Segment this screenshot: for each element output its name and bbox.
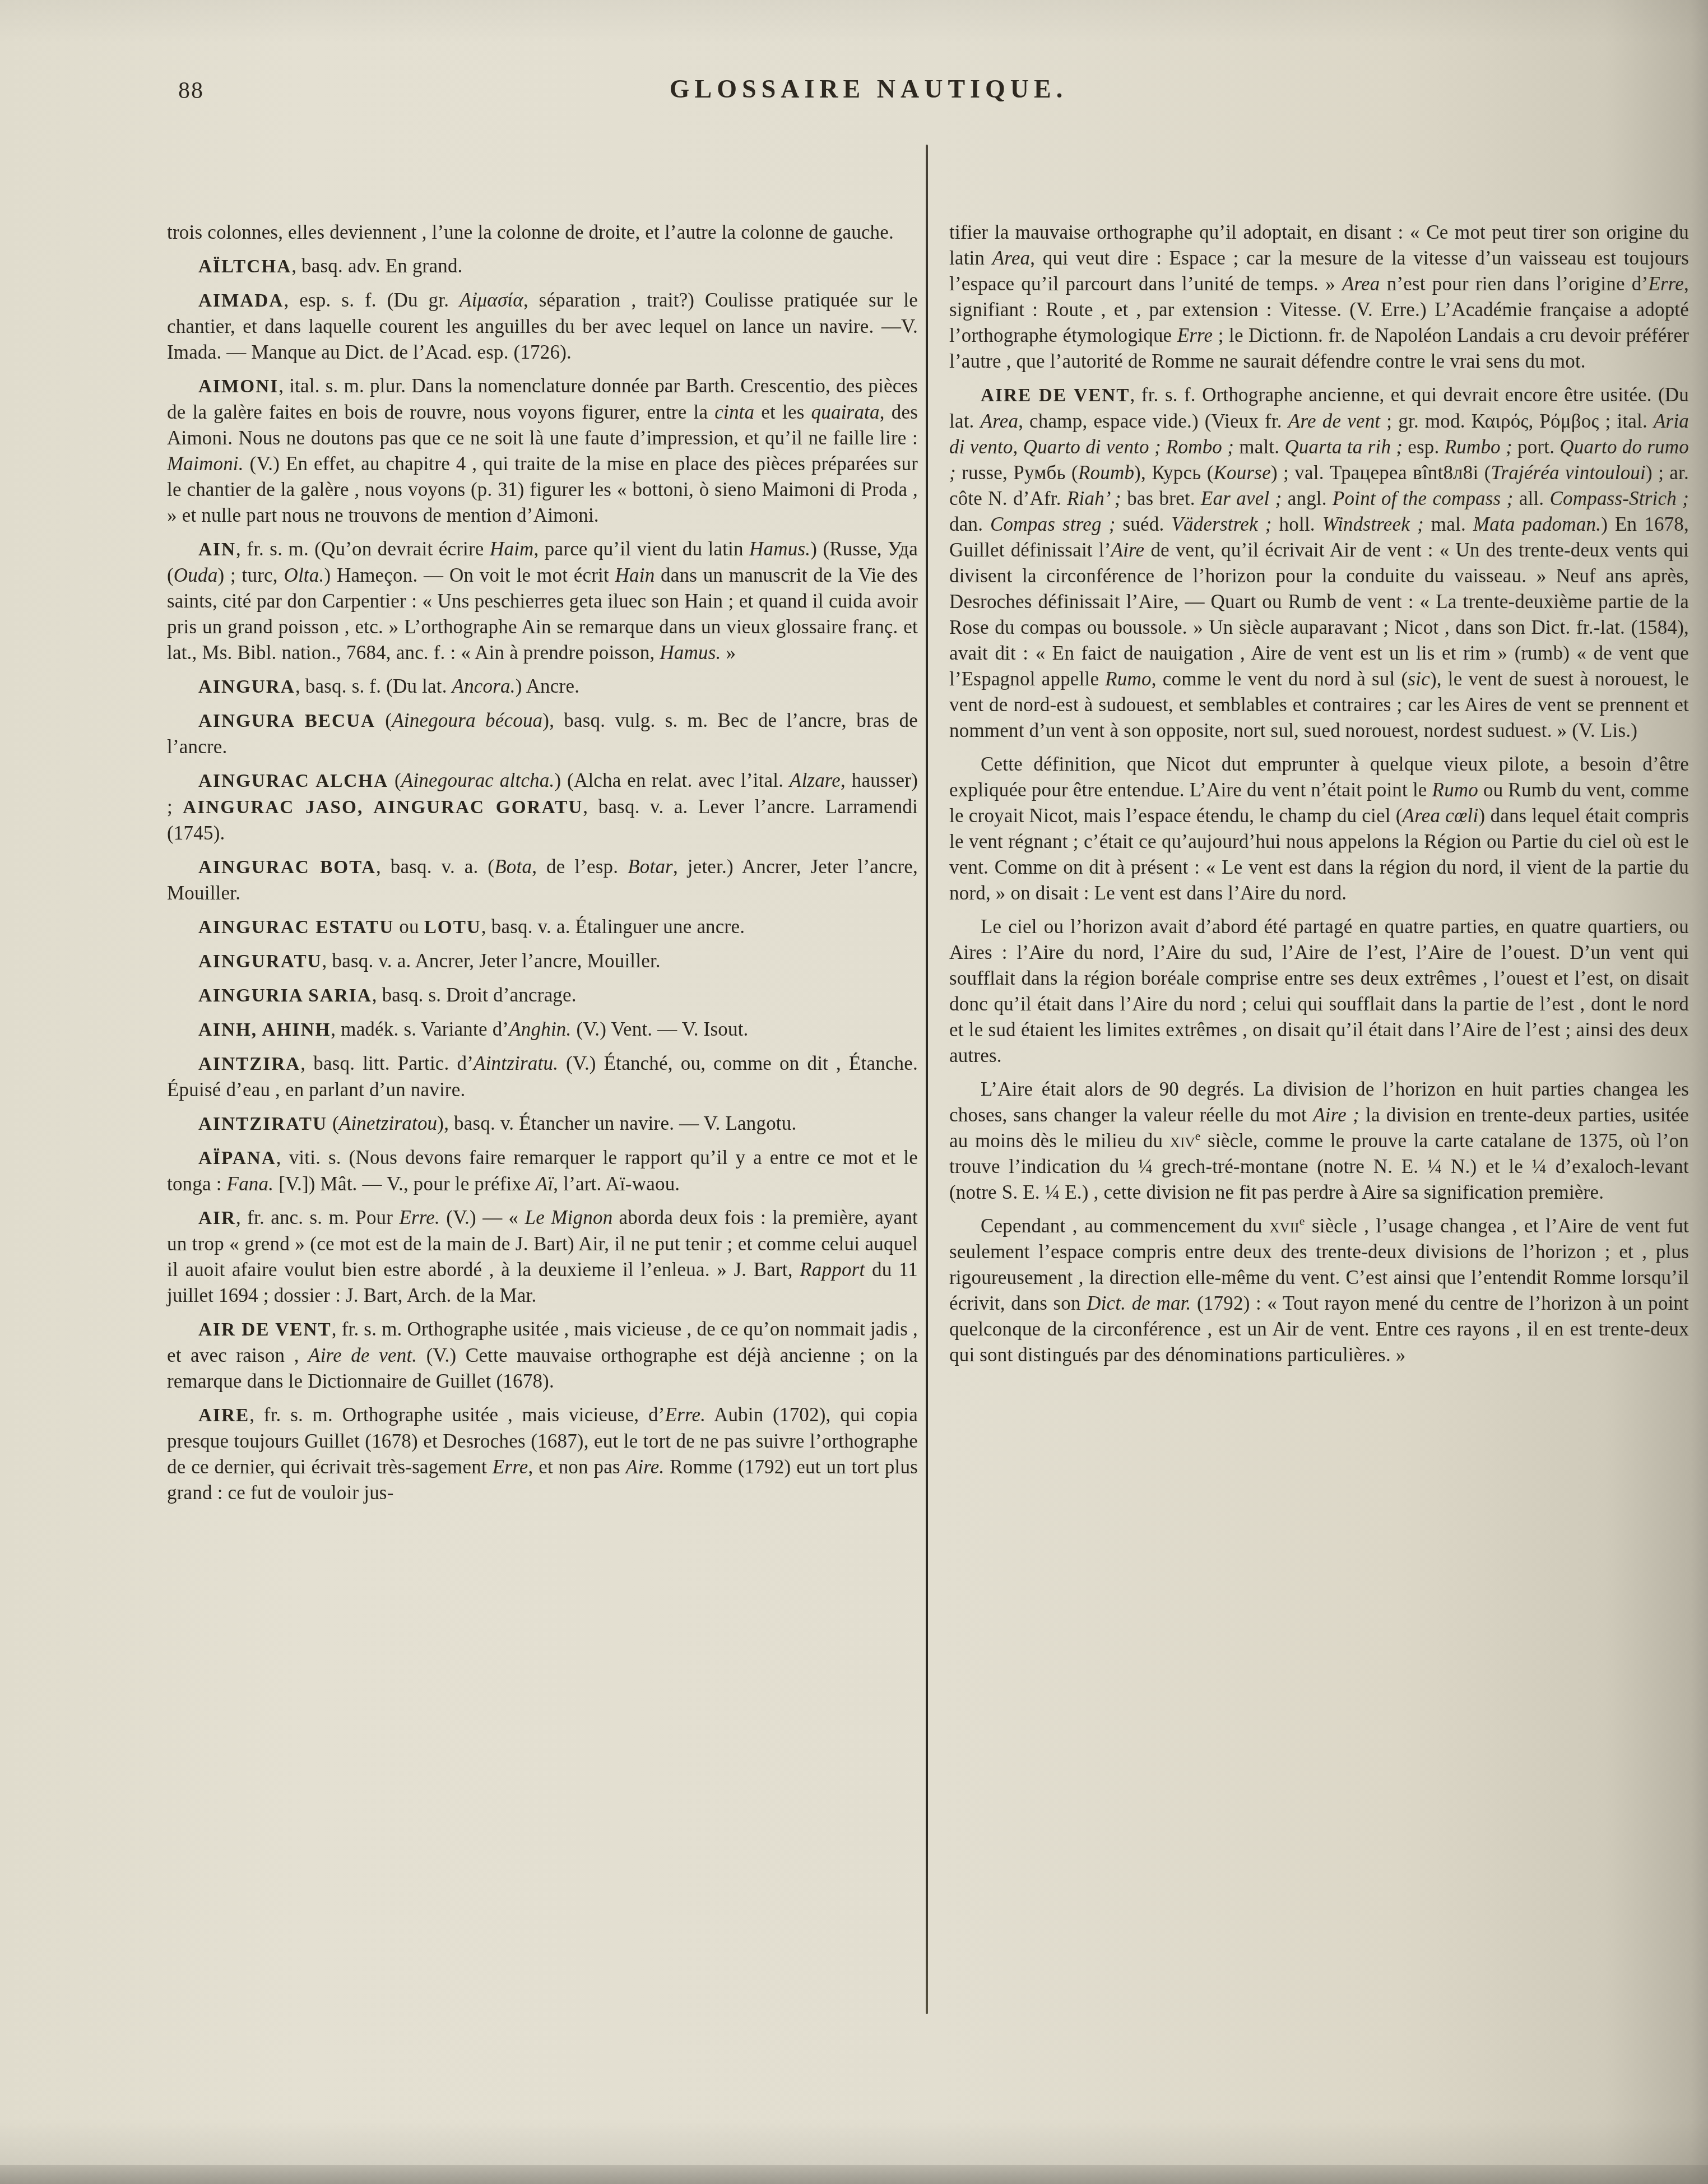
dictionary-entry: AIN, fr. s. m. (Qu’on devrait écrire Hai… [167,536,918,666]
text-segment: , basq. v. a. Ancrer, Jeter l’ancre, Mou… [322,950,661,972]
text-segment: , basq. s. Droit d’ancrage. [372,984,577,1006]
text-segment: Quarta ta rih ; [1284,436,1403,458]
text-segment: Ainegourac altcha. [401,769,555,791]
text-segment: (V.) En effet, au chapitre 4 , qui trait… [167,453,918,526]
text-segment: , l’art. Aï-waou. [553,1173,680,1195]
dictionary-entry: trois colonnes, elles deviennent , l’une… [167,220,918,245]
text-segment: ( [388,769,401,791]
text-segment: ) (Alcha en relat. avec l’ital. [554,769,789,791]
entry-headword: AINTZIRA [198,1054,300,1074]
text-segment: Rumo [1105,668,1151,690]
text-segment: ( [375,710,392,731]
text-segment: angl. [1282,488,1333,509]
entry-headword: AIR [198,1208,236,1228]
dictionary-entry: AIR DE VENT, fr. s. m. Orthographe usité… [167,1316,918,1394]
entry-headword: AINTZIRATU [198,1114,327,1134]
text-segment: Bota [494,856,532,878]
dictionary-entry: AINGURAC ESTATU ou LOTU, basq. v. a. Éta… [167,914,918,940]
page-number: 88 [178,77,204,104]
dictionary-entry: AINH, AHINH, madék. s. Variante d’Anghin… [167,1017,918,1043]
dictionary-entry: AÏPANA, viti. s. (Nous devons faire rema… [167,1145,918,1197]
dictionary-entry: AINTZIRA, basq. litt. Partic. d’Aintzira… [167,1051,918,1103]
text-segment: , parce qu’il vient du latin [534,538,750,560]
text-segment: Ouda [174,564,218,586]
text-segment: Anghin. [509,1018,571,1040]
text-segment: Mata padoman. [1473,513,1601,535]
dictionary-entry: L’Aire était alors de 90 degrés. La divi… [949,1077,1689,1205]
text-segment: Aire. [626,1456,665,1478]
text-segment: sic [1408,668,1429,690]
text-segment: Rapport [800,1259,865,1281]
text-segment: Are de vent [1288,410,1380,432]
text-segment: e [1195,1129,1201,1143]
text-segment: mal. [1424,513,1473,535]
entry-headword: AINGURA [198,676,295,697]
dictionary-entry: AINGURA, basq. s. f. (Du lat. Ancora.) A… [167,674,918,700]
text-segment: , champ, espace vide.) (Vieux fr. [1018,410,1288,432]
text-segment: Windstreek ; [1322,513,1424,535]
text-segment: , basq. s. f. (Du lat. [295,675,452,697]
column-divider-rule [926,145,928,2014]
dictionary-entry: tifier la mauvaise orthographe qu’il ado… [949,220,1689,374]
text-segment: xvii [1269,1215,1299,1237]
text-segment: Compas streg ; [990,513,1115,535]
text-segment: ou [394,916,424,938]
left-column: trois colonnes, elles deviennent , l’une… [167,220,918,1514]
entry-headword: AINGURAC ESTATU [198,917,394,938]
text-segment: suéd. [1116,513,1172,535]
text-segment: ) ; turc, [217,564,284,586]
dictionary-entry: AIMONI, ital. s. m. plur. Dans la nomenc… [167,373,918,528]
entry-headword: AIMADA [198,290,284,311]
text-segment: bas bret. [1121,488,1201,509]
text-segment: Rumo [1432,779,1478,801]
text-segment: , basq. v. a. ( [376,856,494,878]
entry-headword: AINGURAC JASO, AINGURAC GORATU [183,797,583,818]
text-segment: , basq. adv. En grand. [291,255,462,277]
text-segment: , fr. s. m. (Qu’on devrait écrire [236,538,490,560]
entry-headword: AINGURIA SARIA [198,985,372,1006]
text-segment: n’est pour rien dans l’origine d’ [1380,273,1649,295]
text-segment: Aire ; [1313,1104,1359,1126]
text-segment: Trajéréa vintouloui [1491,462,1646,484]
dictionary-entry: AÏLTCHA, basq. adv. En grand. [167,253,918,280]
text-segment: Aire [1111,539,1145,561]
entry-headword: AIRE [198,1405,249,1426]
text-segment: Olta. [284,564,324,586]
text-segment: Erre. [399,1207,440,1228]
text-segment: » [721,642,736,664]
text-segment: Point of the compass ; [1333,488,1514,509]
entry-headword: AINGURATU [198,951,322,972]
text-segment: , fr. anc. s. m. Pour [236,1207,399,1228]
text-segment: Area [1342,273,1380,295]
text-segment: ), basq. v. Étancher un navire. — V. Lan… [437,1112,796,1134]
text-segment: e [1299,1214,1305,1228]
text-segment: dan. [949,513,990,535]
text-segment: Erre. [665,1404,706,1426]
text-segment: de vent, qu’il écrivait Air de vent : « … [949,539,1689,690]
text-segment: Aintziratu. [474,1052,558,1074]
text-segment: , fr. s. m. Orthographe usitée , mais vi… [249,1404,665,1426]
text-segment: Erre [1648,273,1684,295]
text-segment: ) Hameçon. — On voit le mot écrit [324,564,615,586]
text-segment: Erre [493,1456,528,1478]
dictionary-entry: AINGURAC BOTA, basq. v. a. (Bota, de l’e… [167,854,918,906]
entry-headword: AIMONI [198,376,279,397]
entry-headword: AIR DE VENT [198,1319,332,1340]
text-segment: Aire de vent. [308,1344,417,1366]
text-segment: Maimoni. [167,453,244,475]
text-segment: Le ciel ou l’horizon avait d’abord été p… [949,916,1689,1067]
dictionary-entry: AIRE, fr. s. m. Orthographe usitée , mai… [167,1402,918,1506]
text-segment: Väderstrek ; [1171,513,1271,535]
text-segment: Hamus. [749,538,810,560]
entry-headword: AIRE DE VENT [981,385,1130,406]
entry-headword: AIN [198,539,236,560]
text-segment: Dict. de mar. [1087,1292,1191,1314]
text-segment: Kourse [1214,462,1271,484]
text-segment: Roumb [1078,462,1134,484]
dictionary-entry: AINTZIRATU (Ainetziratou), basq. v. Étan… [167,1111,918,1137]
text-segment: Aï [536,1173,554,1195]
right-column: tifier la mauvaise orthographe qu’il ado… [949,220,1689,1376]
text-segment: Botar [628,856,673,878]
text-segment: Ancora. [452,675,516,697]
text-segment: (V.) Vent. — V. Isout. [571,1018,748,1040]
dictionary-entry: Cependant , au commencement du xviie siè… [949,1213,1689,1368]
dictionary-entry: AIR, fr. anc. s. m. Pour Erre. (V.) — « … [167,1205,918,1309]
text-segment: et les [754,401,811,423]
text-segment: Rumbo ; [1445,436,1512,458]
text-segment: (V.) — « [440,1207,525,1228]
text-segment: Alzare [790,769,841,791]
dictionary-entry: AINGURAC ALCHA (Ainegourac altcha.) (Alc… [167,768,918,846]
text-segment: Αἰμασία [460,289,523,311]
text-segment: Le Mignon [525,1207,613,1228]
text-segment: trois colonnes, elles deviennent , l’une… [167,221,894,243]
dictionary-entry: Cette définition, que Nicot dut emprunte… [949,752,1689,906]
text-segment: xiv [1170,1130,1195,1152]
text-segment: Hain [615,564,655,586]
entry-headword: LOTU [424,917,481,938]
text-segment: port. [1512,436,1560,458]
text-segment: , comme le vent du nord à sul ( [1152,668,1408,690]
text-segment: holl. [1272,513,1322,535]
text-segment: Haim [490,538,534,560]
text-segment: , basq. litt. Partic. d’ [300,1052,474,1074]
entry-headword: AINGURAC ALCHA [198,771,388,791]
text-segment: Ainetziratou [339,1112,437,1134]
text-segment: Erre [1177,324,1213,346]
text-segment: Hamus. [660,642,721,664]
entry-headword: AINGURAC BOTA [198,857,376,878]
text-segment: Area [981,410,1019,432]
entry-headword: AINH, AHINH [198,1019,331,1040]
text-segment: Ear avel ; [1201,488,1282,509]
text-segment: Area cœli [1403,805,1479,827]
text-segment: all. [1514,488,1550,509]
dictionary-entry: AIRE DE VENT, fr. s. f. Orthographe anci… [949,382,1689,744]
text-segment: esp. [1403,436,1445,458]
entry-headword: AÏPANA [198,1148,276,1168]
dictionary-entry: AIMADA, esp. s. f. (Du gr. Αἰμασία, sépa… [167,288,918,365]
text-segment: ) Ancre. [516,675,579,697]
text-segment: Cependant , au commencement du [981,1215,1269,1237]
scan-edge-shadow [0,2165,1708,2184]
text-segment: ) ; val. Трацереа вînt8л8i ( [1271,462,1491,484]
text-segment: Area [992,247,1031,269]
dictionary-entry: AINGURA BECUA (Ainegoura bécoua), basq. … [167,708,918,760]
text-segment: ; gr. mod. Καιρός, Ρόμβος ; ital. [1380,410,1654,432]
dictionary-entry: AINGURATU, basq. v. a. Ancrer, Jeter l’a… [167,948,918,975]
text-segment: russe, Румбь ( [956,462,1078,484]
text-segment: , de l’esp. [532,856,628,878]
text-segment: Compass-Strich ; [1549,488,1689,509]
text-segment: Riah’ ; [1067,488,1121,509]
running-title: GLOSSAIRE NAUTIQUE. [504,74,1233,104]
text-segment: Ainegoura bécoua [392,710,542,731]
text-segment: cinta [714,401,754,423]
text-segment: , et non pas [528,1456,625,1478]
text-segment: , madék. s. Variante d’ [331,1018,509,1040]
text-segment: quairata [811,401,880,423]
scanned-book-page: 88 GLOSSAIRE NAUTIQUE. trois colonnes, e… [0,0,1708,2184]
text-segment: , basq. v. a. Étalinguer une ancre. [481,916,745,938]
text-segment: ( [327,1112,339,1134]
text-segment: malt. [1234,436,1284,458]
entry-headword: AINGURA BECUA [198,711,375,731]
dictionary-entry: Le ciel ou l’horizon avait d’abord été p… [949,914,1689,1069]
entry-headword: AÏLTCHA [198,256,291,277]
text-segment: ), Курсь ( [1134,462,1213,484]
text-segment: Fana. [227,1173,274,1195]
text-segment: [V.]) Mât. — V., pour le préfixe [273,1173,536,1195]
dictionary-entry: AINGURIA SARIA, basq. s. Droit d’ancrage… [167,982,918,1009]
text-segment: , esp. s. f. (Du gr. [284,289,460,311]
